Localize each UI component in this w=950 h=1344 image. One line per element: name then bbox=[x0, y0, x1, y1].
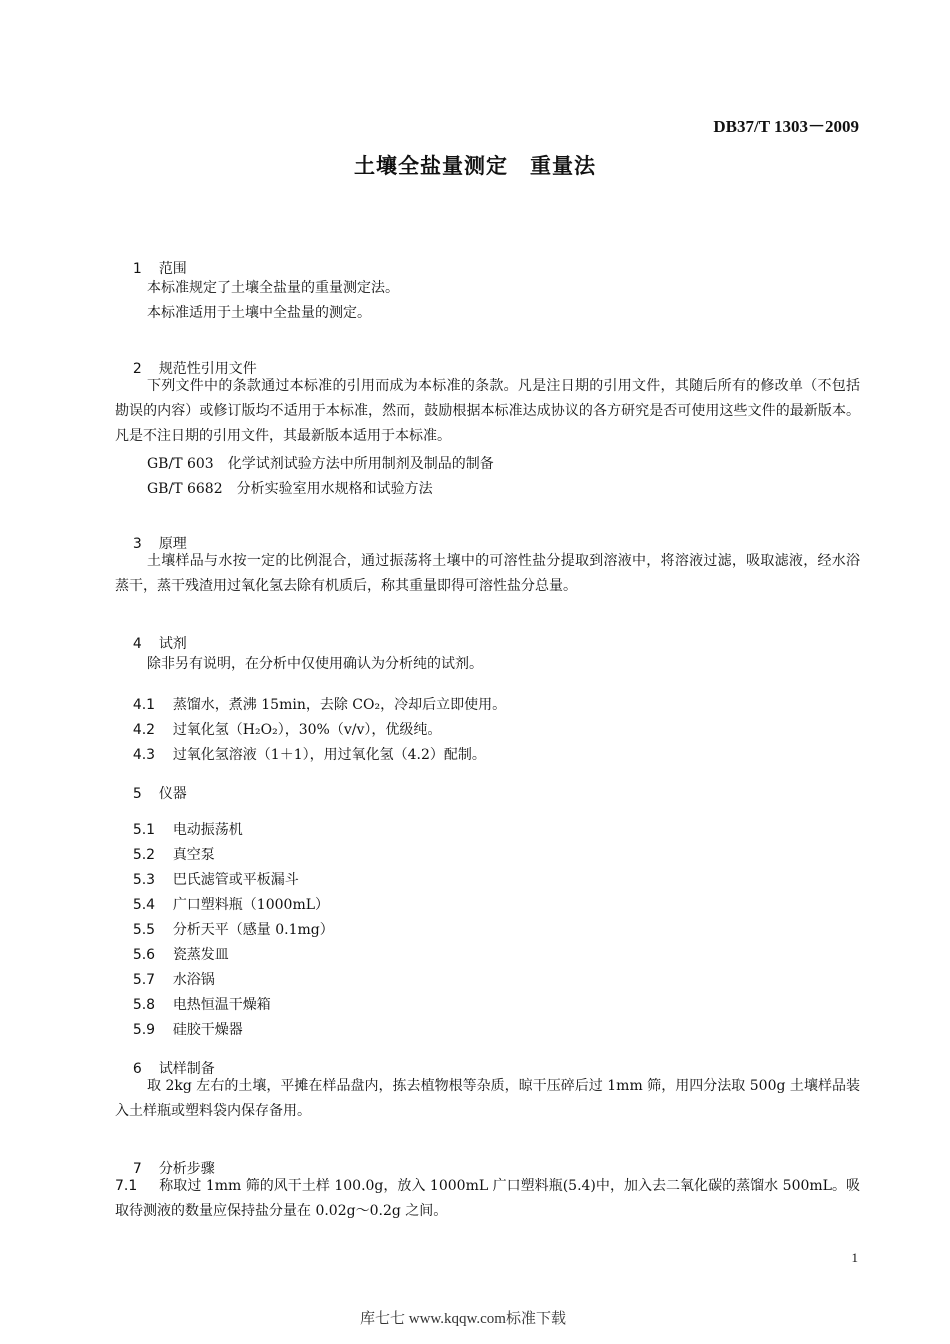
document-title: 土壤全盐量测定 重量法 bbox=[0, 150, 950, 180]
item-number: 7.1 bbox=[115, 1178, 137, 1194]
section-number: 4 bbox=[133, 636, 159, 652]
item-text: 硅胶干燥器 bbox=[173, 1022, 243, 1038]
section-title: 仪器 bbox=[159, 786, 187, 802]
item-number: 5.9 bbox=[133, 1022, 173, 1038]
item-number: 4.3 bbox=[133, 747, 173, 763]
principle-paragraph: 土壤样品与水按一定的比例混合，通过振荡将土壤中的可溶性盐分提取到溶液中，将溶液过… bbox=[115, 549, 860, 599]
standard-code: DB37/T 1303－2009 bbox=[713, 112, 859, 137]
footer-watermark: 库七七 www.kqqw.com标准下载 bbox=[360, 1307, 566, 1328]
references-paragraph: 下列文件中的条款通过本标准的引用而成为本标准的条款。凡是注日期的引用文件，其随后… bbox=[115, 374, 860, 449]
item-text: 过氧化氢溶液（1＋1），用过氧化氢（4.2）配制。 bbox=[173, 747, 486, 763]
scope-line: 本标准规定了土壤全盐量的重量测定法。 bbox=[147, 277, 399, 297]
reference-item: GB/T 603 化学试剂试验方法中所用制剂及制品的制备 bbox=[147, 453, 494, 473]
reagents-intro: 除非另有说明，在分析中仅使用确认为分析纯的试剂。 bbox=[147, 653, 483, 673]
section-number: 5 bbox=[133, 786, 159, 802]
section-title: 范围 bbox=[159, 261, 187, 277]
page-number: 1 bbox=[852, 1250, 859, 1266]
item-text: 称取过 1mm 筛的风干土样 100.0g，放入 1000mL 广口塑料瓶(5.… bbox=[115, 1178, 860, 1219]
sample-prep-paragraph: 取 2kg 左右的土壤，平摊在样品盘内，拣去植物根等杂质，晾干压碎后过 1mm … bbox=[115, 1074, 860, 1124]
scope-line: 本标准适用于土壤中全盐量的测定。 bbox=[147, 302, 371, 322]
reference-item: GB/T 6682 分析实验室用水规格和试验方法 bbox=[147, 478, 433, 498]
section-number: 1 bbox=[133, 261, 159, 277]
procedure-item: 7.1称取过 1mm 筛的风干土样 100.0g，放入 1000mL 广口塑料瓶… bbox=[115, 1174, 860, 1224]
section-title: 试剂 bbox=[159, 636, 187, 652]
